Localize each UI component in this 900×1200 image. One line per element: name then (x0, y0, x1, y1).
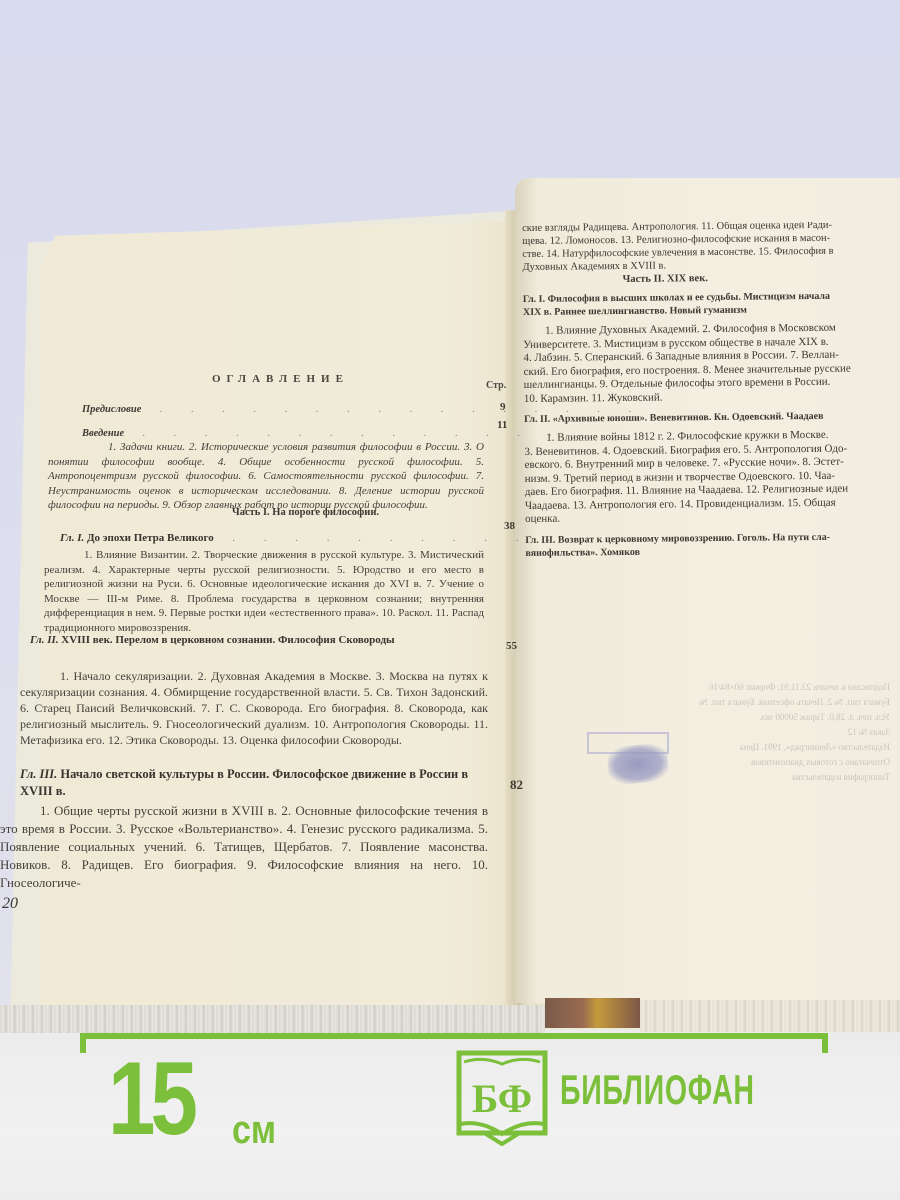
open-book-logo-icon: БФ (456, 1050, 548, 1146)
chapter-title: XVIII век. Перелом в церковном сознании.… (61, 634, 394, 646)
intro-text: 1. Задачи книги. 2. Исторические условия… (48, 441, 484, 511)
chapter-prefix: Гл. III. (20, 767, 57, 781)
chapter-3-description: 1. Общие черты русской жизни в XVIII в. … (0, 802, 488, 892)
chapter-prefix: Гл. II. (30, 634, 59, 646)
show-through-line: Бумага тип. № 2. Печать офсетная. Бумага… (590, 695, 890, 710)
page-number-folio: 20 (2, 895, 18, 913)
chapter-2-description: 1. Начало секуляризации. 2. Духовная Ака… (20, 668, 488, 748)
size-value: 15 (108, 1040, 193, 1159)
book-spine (545, 998, 640, 1028)
entry-label: Введение (82, 428, 124, 439)
chapter-1-page: 38 (504, 520, 515, 532)
toc-page-number: 9 (500, 401, 506, 413)
chapter-text: 1. Общие черты русской жизни в XVIII в. … (0, 803, 488, 890)
page-column-label: Стр. (486, 380, 506, 391)
chapter-title: До эпохи Петра Великого (87, 532, 214, 544)
chapter-title: Начало светской культуры в России. Филос… (20, 767, 468, 798)
show-through-line: Усл. печ. л. 28,0. Тираж 50000 экз. (590, 710, 890, 725)
intro-description: 1. Задачи книги. 2. Исторические условия… (48, 440, 484, 513)
chapter-3-title: Гл. III. Начало светской культуры в Росс… (20, 766, 495, 800)
chapter-2-title: Гл. II. XVIII век. Перелом в церковном с… (30, 633, 490, 648)
chapter-1-title: Гл. I. До эпохи Петра Великого . . . . .… (60, 531, 594, 546)
chapter-prefix: Гл. I. (60, 532, 84, 544)
right-page-text: ские взгляды Радищева. Антропология. 11.… (522, 222, 900, 562)
chapter-2-page: 55 (506, 640, 517, 652)
chapter-1-description: 1. Влияние Византии. 2. Творческие движе… (44, 548, 484, 635)
brand-name: БИБЛИОФАН (560, 1066, 755, 1114)
ink-stamp (606, 742, 670, 786)
page-edges-right (640, 1000, 900, 1032)
toc-title: ОГЛАВЛЕНИЕ (212, 373, 349, 385)
show-through-line: Подписано к печати 23.11.91. Формат 60×8… (590, 680, 890, 695)
chapter-text: 1. Влияние Византии. 2. Творческие движе… (44, 549, 484, 634)
size-unit: см (232, 1108, 276, 1153)
chapter-3-page: 82 (510, 777, 523, 793)
chapter-text: 1. Начало секуляризации. 2. Духовная Ака… (20, 669, 488, 747)
part-1-heading: Часть I. На пороге философии. (232, 507, 379, 518)
toc-page-number: 11 (497, 419, 507, 431)
entry-label: Предисловие (82, 404, 141, 415)
logo-letters: БФ (472, 1076, 532, 1121)
page-edges-left (0, 1005, 545, 1033)
